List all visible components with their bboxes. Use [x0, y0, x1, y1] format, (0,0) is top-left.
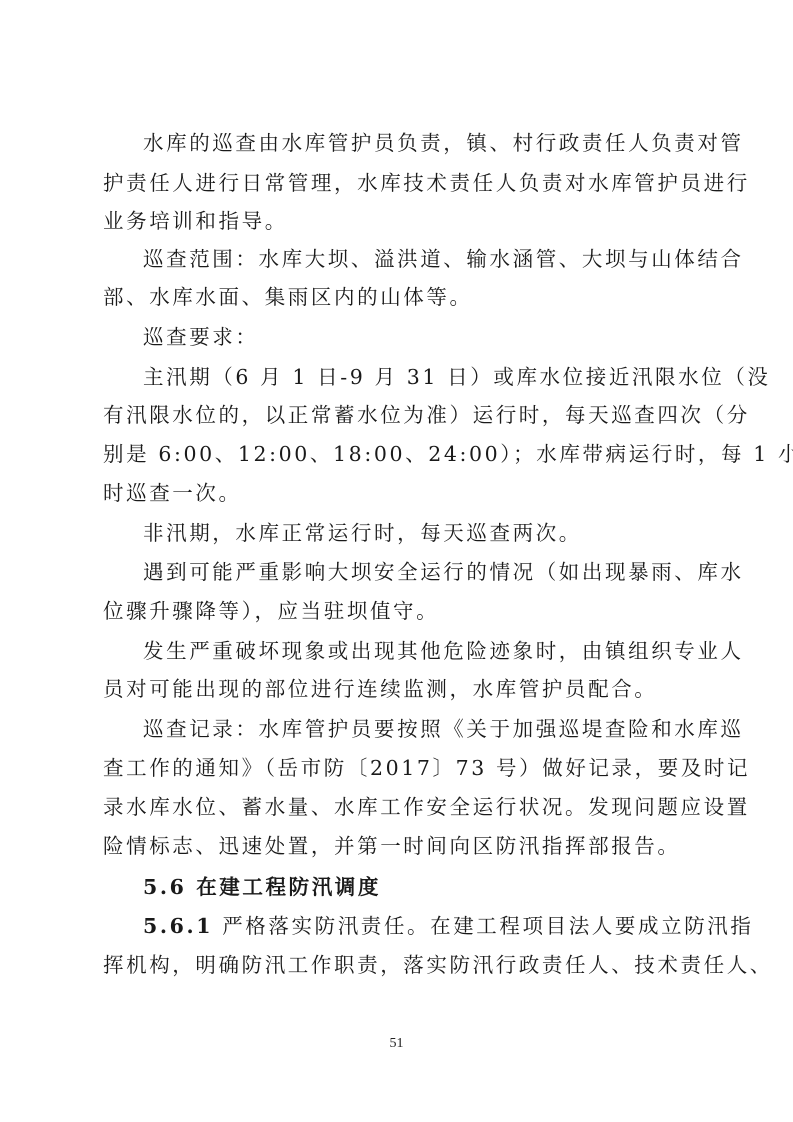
paragraph-6-line-2: 位骤升骤降等），应当驻坝值守。: [103, 598, 691, 624]
document-page: 水库的巡查由水库管护员负责，镇、村行政责任人负责对管 护责任人进行日常管理，水库…: [0, 0, 793, 1122]
page-number: 51: [0, 1036, 793, 1052]
section-heading: 5.6 在建工程防汛调度: [143, 874, 691, 900]
paragraph-5-line-1: 非汛期，水库正常运行时，每天巡查两次。: [143, 520, 691, 546]
paragraph-1-line-1: 水库的巡查由水库管护员负责，镇、村行政责任人负责对管: [143, 130, 691, 156]
paragraph-8-line-4: 险情标志、迅速处置，并第一时间向区防汛指挥部报告。: [103, 833, 691, 859]
paragraph-1-line-3: 业务培训和指导。: [103, 208, 691, 234]
paragraph-6-line-1: 遇到可能严重影响大坝安全运行的情况（如出现暴雨、库水: [143, 559, 691, 585]
paragraph-1-line-2: 护责任人进行日常管理，水库技术责任人负责对水库管护员进行: [103, 170, 691, 196]
paragraph-4-line-2: 有汛限水位的，以正常蓄水位为准）运行时，每天巡查四次（分: [103, 402, 691, 428]
paragraph-4-line-4: 时巡查一次。: [103, 480, 691, 506]
subsection-line-1: 5.6.1 严格落实防汛责任。在建工程项目法人要成立防汛指: [143, 913, 691, 939]
paragraph-7-line-1: 发生严重破坏现象或出现其他危险迹象时，由镇组织专业人: [143, 638, 691, 664]
paragraph-4-line-3: 别是 6:00、12:00、18:00、24:00）；水库带病运行时，每 1 小: [103, 441, 691, 467]
paragraph-7-line-2: 员对可能出现的部位进行连续监测，水库管护员配合。: [103, 676, 691, 702]
paragraph-2-line-2: 部、水库水面、集雨区内的山体等。: [103, 284, 691, 310]
paragraph-8-line-1: 巡查记录：水库管护员要按照《关于加强巡堤查险和水库巡: [143, 716, 691, 742]
subsection-text: 严格落实防汛责任。在建工程项目法人要成立防汛指: [213, 914, 753, 938]
paragraph-2-line-1: 巡查范围：水库大坝、溢洪道、输水涵管、大坝与山体结合: [143, 246, 691, 272]
subsection-number: 5.6.1: [143, 914, 213, 938]
subsection-line-2: 挥机构，明确防汛工作职责，落实防汛行政责任人、技术责任人、: [103, 952, 691, 978]
paragraph-8-line-3: 录水库水位、蓄水量、水库工作安全运行状况。发现问题应设置: [103, 794, 691, 820]
paragraph-4-line-1: 主汛期（6 月 1 日-9 月 31 日）或库水位接近汛限水位（没: [143, 364, 691, 390]
paragraph-3-line-1: 巡查要求：: [143, 324, 691, 350]
paragraph-8-line-2: 查工作的通知》（岳市防〔2017〕73 号）做好记录，要及时记: [103, 755, 691, 781]
